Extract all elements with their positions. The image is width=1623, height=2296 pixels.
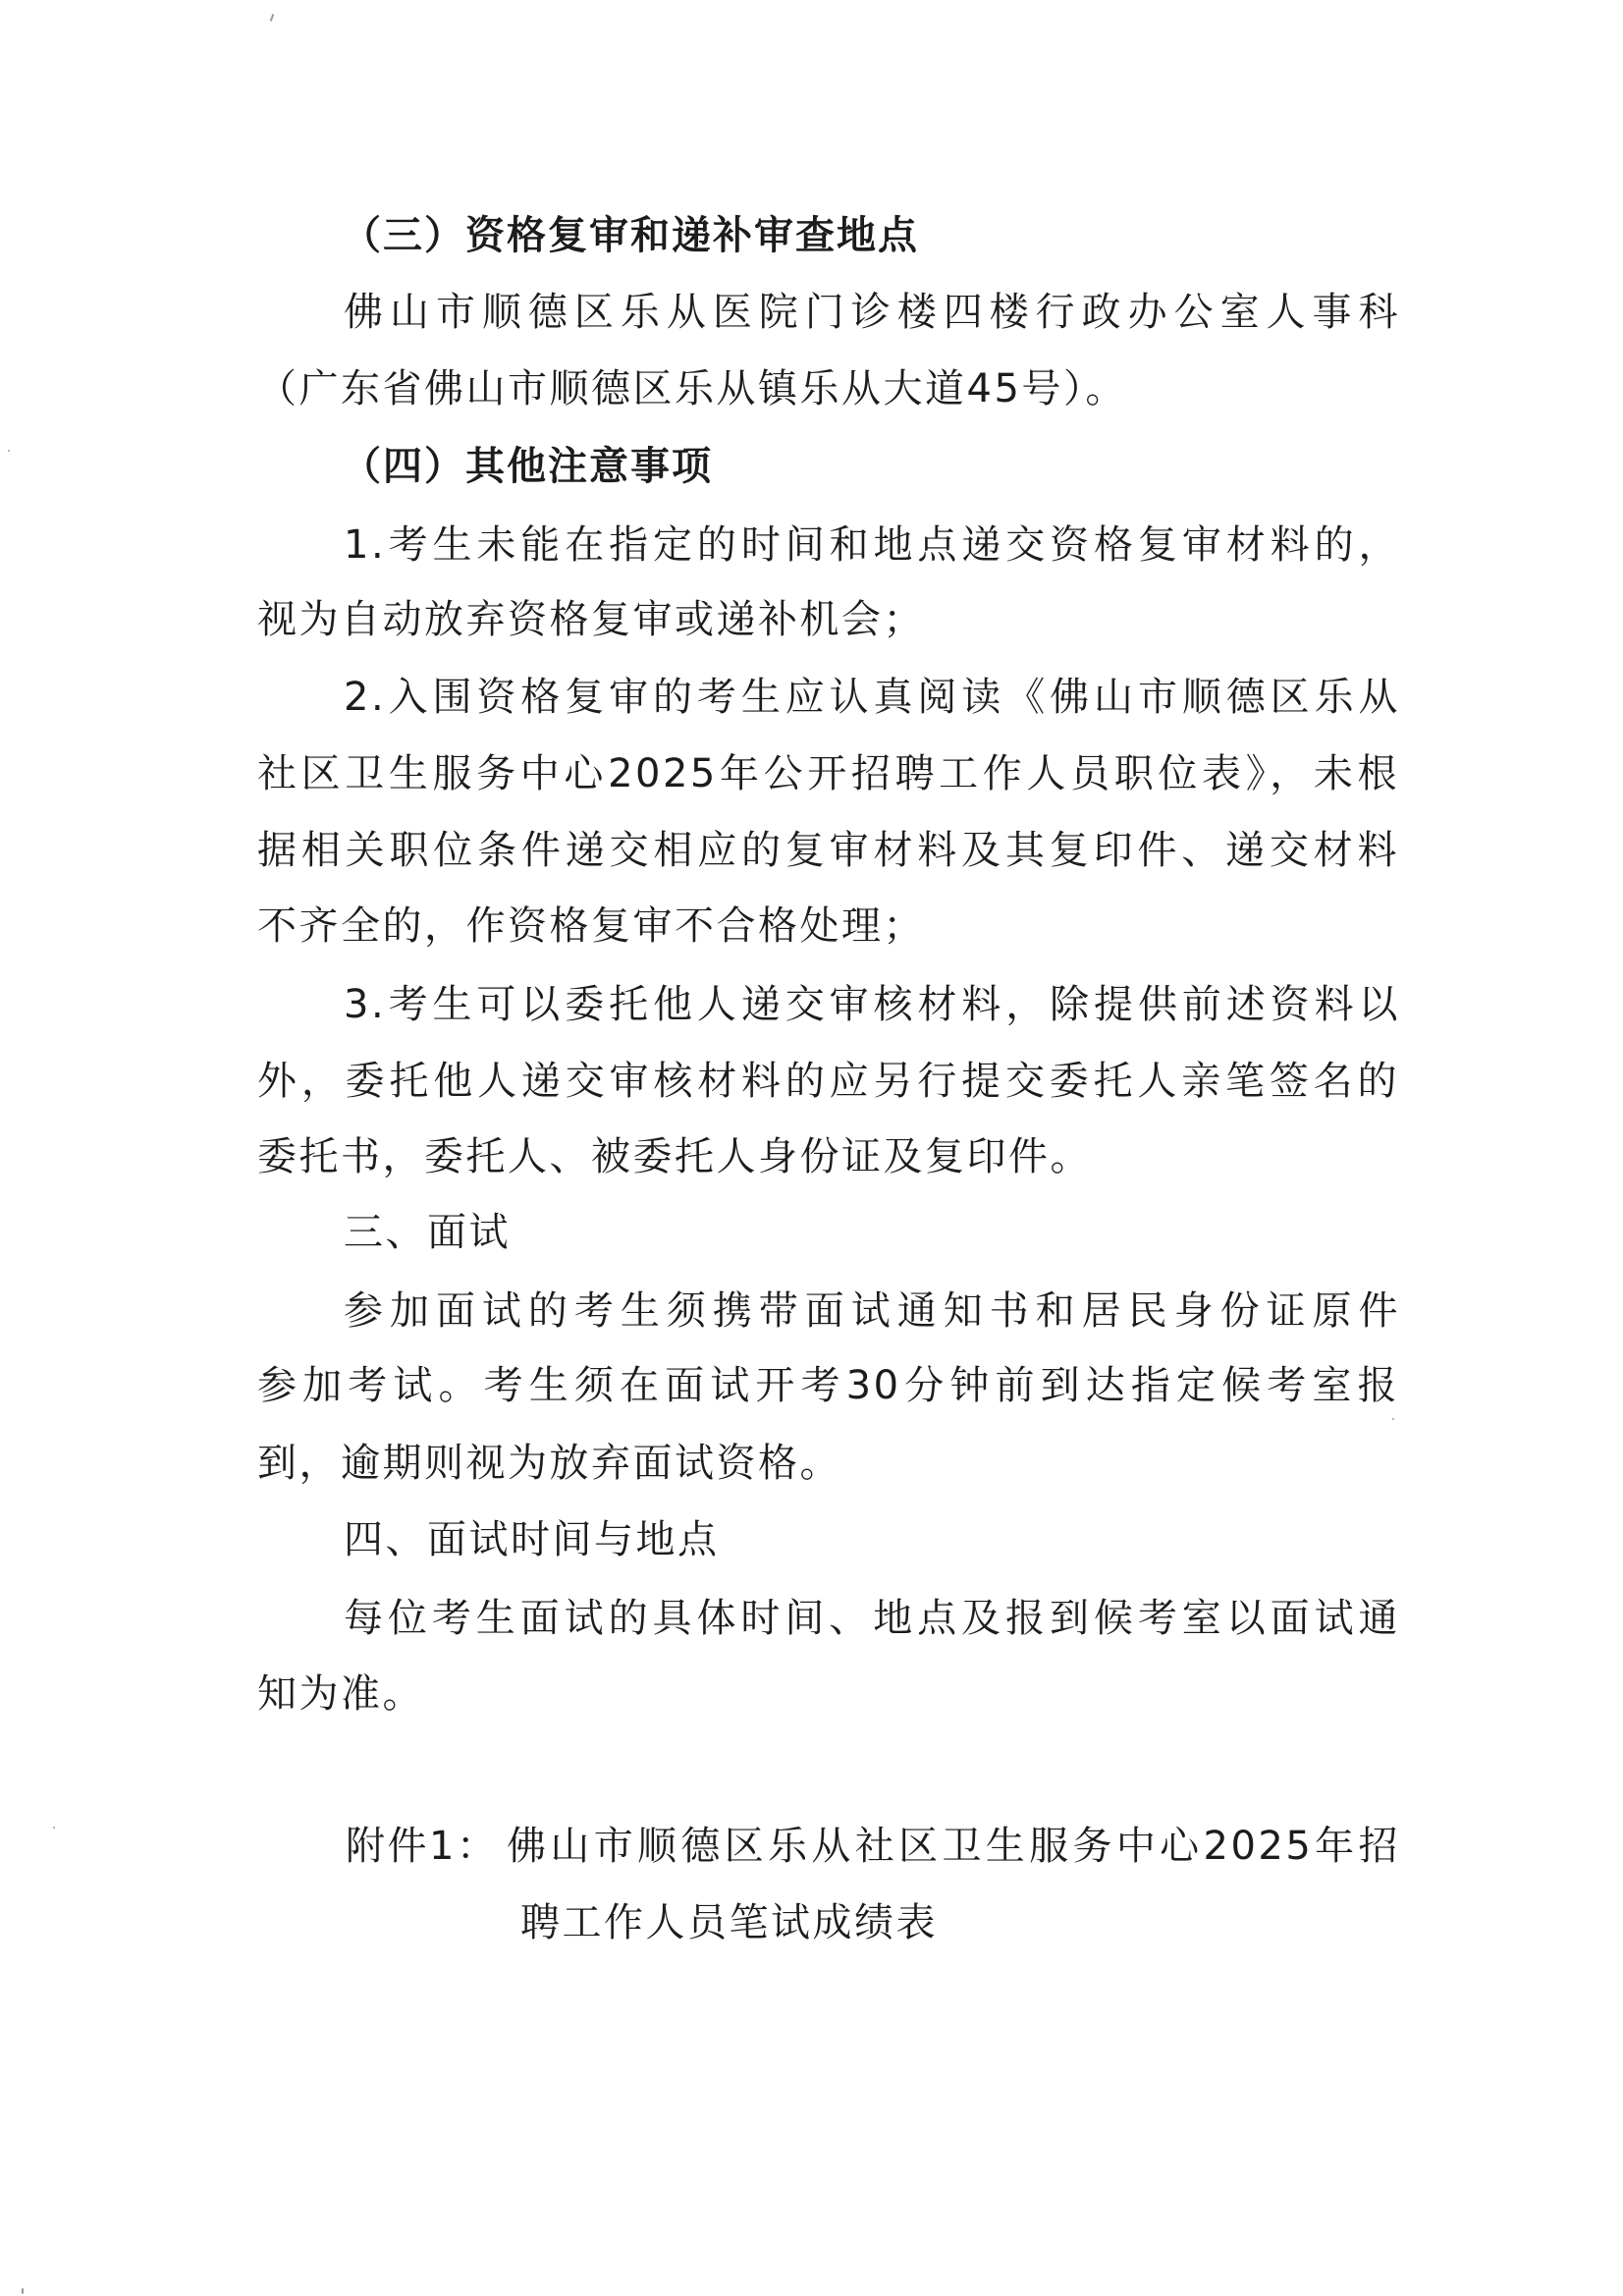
scan-speck <box>8 450 10 452</box>
paragraph-line: 2.入围资格复审的考生应认真阅读《佛山市顺德区乐从 <box>344 672 1400 723</box>
scan-speck <box>22 2288 24 2294</box>
section-heading-interview-time-place: 四、面试时间与地点 <box>344 1514 720 1565</box>
attachment-label: 附件1： <box>346 1821 498 1872</box>
paragraph-line: 每位考生面试的具体时间、地点及报到候考室以面试通 <box>344 1593 1400 1644</box>
paragraph-line: 视为自动放弃资格复审或递补机会； <box>257 594 925 645</box>
attachment-title-line: 聘工作人员笔试成绩表 <box>520 1897 938 1948</box>
paragraph-line: 3.考生可以委托他人递交审核材料，除提供前述资料以 <box>344 979 1400 1030</box>
attachment-title-line: 佛山市顺德区乐从社区卫生服务中心2025年招 <box>507 1821 1400 1872</box>
scan-speck <box>270 14 275 22</box>
paragraph-line: 据相关职位条件递交相应的复审材料及其复印件、递交材料 <box>257 825 1399 876</box>
section-heading-interview: 三、面试 <box>344 1207 511 1258</box>
scan-speck <box>1392 1418 1394 1420</box>
paragraph-line: 参加考试。考生须在面试开考30分钟前到达指定候考室报 <box>257 1360 1399 1411</box>
paragraph-line: 不齐全的，作资格复审不合格处理； <box>257 901 925 952</box>
paragraph-line: 知为准。 <box>257 1668 424 1720</box>
paragraph-line: 社区卫生服务中心2025年公开招聘工作人员职位表》，未根 <box>257 748 1399 799</box>
section-heading-review-location: （三）资格复审和递补审查地点 <box>342 210 919 261</box>
paragraph-line: 到，逾期则视为放弃面试资格。 <box>257 1438 841 1489</box>
paragraph-line: 1.考生未能在指定的时间和地点递交资格复审材料的， <box>344 519 1400 571</box>
section-heading-other-notes: （四）其他注意事项 <box>342 441 713 492</box>
paragraph-line: 参加面试的考生须携带面试通知书和居民身份证原件 <box>344 1285 1400 1337</box>
paragraph-line: 佛山市顺德区乐从医院门诊楼四楼行政办公室人事科 <box>344 287 1400 338</box>
scan-speck <box>53 1827 55 1829</box>
paragraph-line: 外，委托他人递交审核材料的应另行提交委托人亲笔签名的 <box>257 1056 1399 1107</box>
document-page: （三）资格复审和递补审查地点 佛山市顺德区乐从医院门诊楼四楼行政办公室人事科 （… <box>0 0 1623 2296</box>
paragraph-line: （广东省佛山市顺德区乐从镇乐从大道45号）。 <box>257 363 1127 414</box>
paragraph-line: 委托书，委托人、被委托人身份证及复印件。 <box>257 1131 1092 1182</box>
